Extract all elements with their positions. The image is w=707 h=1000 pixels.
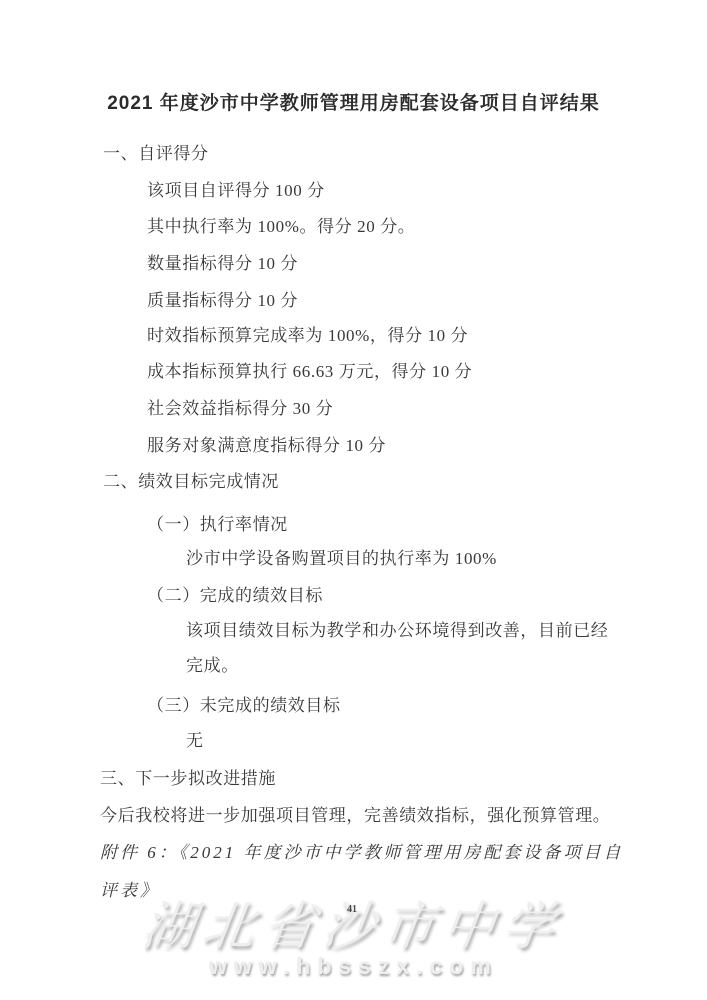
- section1-line-satisfaction: 服务对象满意度指标得分 10 分: [147, 431, 386, 456]
- section2-sub2-body-line1: 该项目绩效目标为教学和办公环境得到改善，目前已经: [186, 616, 608, 641]
- section2-sub1-body: 沙市中学设备购置项目的执行率为 100%: [186, 544, 497, 569]
- section2-sub1-heading: （一）执行率情况: [147, 510, 288, 535]
- section3-body: 今后我校将进一步加强项目管理，完善绩效指标，强化预算管理。: [100, 801, 610, 826]
- section1-line-quality-score: 质量指标得分 10 分: [147, 286, 298, 311]
- section1-line-execution-rate: 其中执行率为 100%。得分 20 分。: [147, 212, 415, 237]
- section2-sub3-body: 无: [186, 726, 204, 751]
- section1-line-cost-score: 成本指标预算执行 66.63 万元，得分 10 分: [147, 357, 472, 382]
- section1-heading: 一、自评得分: [103, 139, 209, 164]
- section2-heading: 二、绩效目标完成情况: [103, 467, 279, 492]
- section1-line-timeliness-score: 时效指标预算完成率为 100%，得分 10 分: [147, 321, 468, 346]
- page-title: 2021 年度沙市中学教师管理用房配套设备项目自评结果: [0, 88, 707, 115]
- page-number: 41: [347, 904, 357, 915]
- section3-heading: 三、下一步拟改进措施: [100, 764, 276, 789]
- attachment-reference-line1: 附件 6：《2021 年度沙市中学教师管理用房配套设备项目自: [100, 838, 624, 863]
- section2-sub3-heading: （三）未完成的绩效目标: [147, 691, 341, 716]
- section1-line-quantity-score: 数量指标得分 10 分: [147, 249, 298, 274]
- section2-sub2-heading: （二）完成的绩效目标: [147, 581, 323, 606]
- section1-line-self-score: 该项目自评得分 100 分: [147, 176, 325, 201]
- website-watermark: www.hbsszx.com: [0, 953, 707, 980]
- attachment-reference-line2: 评表》: [100, 876, 160, 901]
- document-page: 2021 年度沙市中学教师管理用房配套设备项目自评结果 一、自评得分 该项目自评…: [0, 0, 707, 1000]
- section2-sub2-body-line2: 完成。: [186, 651, 239, 676]
- section1-line-social-benefit: 社会效益指标得分 30 分: [147, 394, 333, 419]
